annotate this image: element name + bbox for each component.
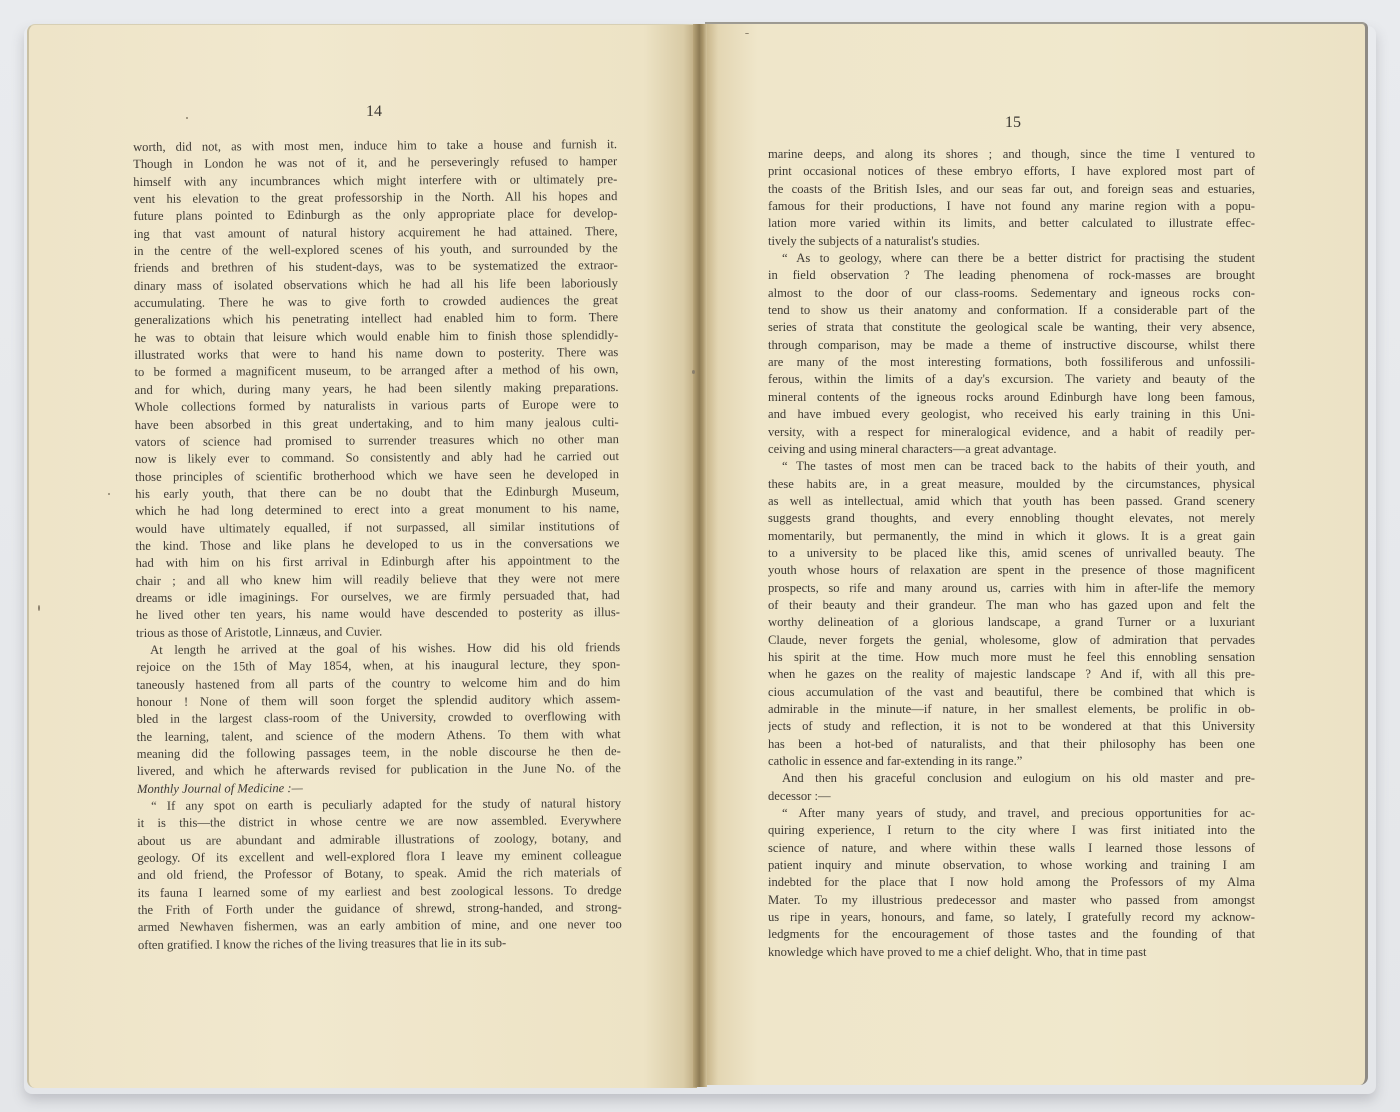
- text-line: often gratified. I know the riches of th…: [138, 934, 622, 954]
- left-page-text: worth, did not, as with most men, induce…: [133, 136, 622, 954]
- text-line: are many of the most interesting formati…: [768, 354, 1255, 371]
- paper-speck: [692, 370, 695, 374]
- text-line: And then his graceful conclusion and eul…: [768, 770, 1255, 787]
- text-line: “ As to geology, where can there be a be…: [768, 250, 1255, 267]
- text-line: cious accumulation of the vast and beaut…: [768, 684, 1255, 701]
- right-page-text: marine deeps, and along its shores ; and…: [768, 146, 1255, 961]
- text-line: to a university to be placed like this, …: [768, 545, 1255, 562]
- text-line: through comparison, may be made a theme …: [768, 337, 1255, 354]
- paper-speck: [745, 33, 749, 34]
- text-line: and have imbued every geologist, who rec…: [768, 406, 1255, 423]
- text-line: his spirit at the time. How much more mu…: [768, 649, 1255, 666]
- text-line: Claude, never forgets the genial, wholes…: [768, 632, 1255, 649]
- page-number-right: 15: [983, 114, 1043, 132]
- text-line: livered, and which he afterwards revised…: [137, 760, 621, 780]
- text-line: Mater. To my illustrious predecessor and…: [768, 892, 1255, 909]
- text-line: ferous, within the limits of a day's exc…: [768, 371, 1255, 388]
- text-line: these habits are, in a great measure, mo…: [768, 476, 1255, 493]
- text-line: science of nature, and where within thes…: [768, 840, 1255, 857]
- text-line: has been a hot-bed of naturalists, and t…: [768, 736, 1255, 753]
- text-line: patient inquiry and minute observation, …: [768, 857, 1255, 874]
- text-line: momentarily, but permanently, the mind i…: [768, 528, 1255, 545]
- text-line: series of strata that constitute the geo…: [768, 319, 1255, 336]
- text-line: ceiving and using mineral characters—a g…: [768, 441, 1255, 458]
- text-line: us ripe in years, honours, and fame, so …: [768, 909, 1255, 926]
- text-line: decessor :—: [768, 788, 1255, 805]
- text-line: “ The tastes of most men can be traced b…: [768, 458, 1255, 475]
- paper-speck: [108, 493, 110, 495]
- text-line: lation more varied within its limits, an…: [768, 215, 1255, 232]
- text-line: suggests grand thoughts, and every ennob…: [768, 510, 1255, 527]
- text-line: when he gazes on the reality of majestic…: [768, 666, 1255, 683]
- text-line: of their beauty and their grandeur. The …: [768, 597, 1255, 614]
- text-line: knowledge which have proved to me a chie…: [768, 944, 1255, 961]
- text-line: catholic in essence and far-extending in…: [768, 753, 1255, 770]
- text-line: he lived other ten years, his name would…: [136, 604, 620, 624]
- text-line: indebted for the place that I now hold a…: [768, 874, 1255, 891]
- text-line: worthy delineation of a glorious landsca…: [768, 614, 1255, 631]
- text-line: almost to the door of our class-rooms. S…: [768, 285, 1255, 302]
- text-line: youth whose hours of relaxation are spen…: [768, 562, 1255, 579]
- text-line: marine deeps, and along its shores ; and…: [768, 146, 1255, 163]
- text-line: print occasional notices of these embryo…: [768, 163, 1255, 180]
- text-line: tively the subjects of a naturalist's st…: [768, 233, 1255, 250]
- paper-speck: [38, 605, 40, 611]
- paper-speck: [186, 117, 188, 119]
- text-line: tend to show us their anatomy and confor…: [768, 302, 1255, 319]
- text-line: jects of study and reflection, it is not…: [768, 718, 1255, 735]
- text-line: the coasts of the British Isles, and our…: [768, 181, 1255, 198]
- text-line: Whole collections formed by naturalists …: [135, 396, 619, 416]
- text-line: as well as intellectual, amid which that…: [768, 493, 1255, 510]
- text-line: famous for their productions, I have not…: [768, 198, 1255, 215]
- text-line: “ After many years of study, and travel,…: [768, 805, 1255, 822]
- text-line: mineral contents of the igneous rocks ar…: [768, 389, 1255, 406]
- text-line: prospects, so rife and many around us, c…: [768, 580, 1255, 597]
- text-line: armed Newhaven fishermen, was an early a…: [138, 916, 622, 936]
- page-number-left: 14: [344, 103, 404, 121]
- text-line: in field observation ? The leading pheno…: [768, 267, 1255, 284]
- book-spine: [693, 24, 707, 1087]
- text-line: ledgments for the encouragement of those…: [768, 926, 1255, 943]
- text-line: versity, with a respect for mineralogica…: [768, 424, 1255, 441]
- text-line: quiring experience, I return to the city…: [768, 822, 1255, 839]
- text-line: admirable in the minute—if nature, in he…: [768, 701, 1255, 718]
